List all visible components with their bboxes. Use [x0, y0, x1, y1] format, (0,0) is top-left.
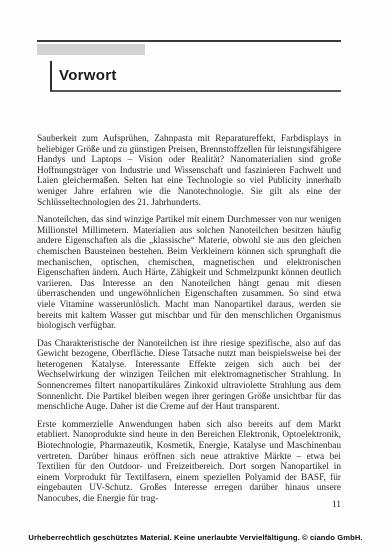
book-page: Vorwort Sauberkeit zum Aufsprühen, Zahnp…: [0, 0, 391, 550]
body-text: Sauberkeit zum Aufsprühen, Zahnpasta mit…: [37, 134, 341, 512]
header-gray-bar: [37, 44, 145, 55]
paragraph-anwendungen: Erste kommerzielle Anwendungen haben sic…: [37, 420, 341, 505]
paragraph-nanoteilchen: Nanoteilchen, das sind winzige Partikel …: [37, 215, 341, 332]
paragraph-intro: Sauberkeit zum Aufsprühen, Zahnpasta mit…: [37, 134, 341, 208]
copyright-notice: Urheberrechtlich geschütztes Material. K…: [0, 533, 391, 542]
page-title: Vorwort: [59, 67, 117, 84]
page-number: 11: [37, 500, 341, 510]
chapter-heading: Vorwort: [50, 61, 341, 92]
paragraph-oberflaeche: Das Charakteristische der Nanoteilchen i…: [37, 339, 341, 413]
header-top-rule: [37, 40, 341, 42]
